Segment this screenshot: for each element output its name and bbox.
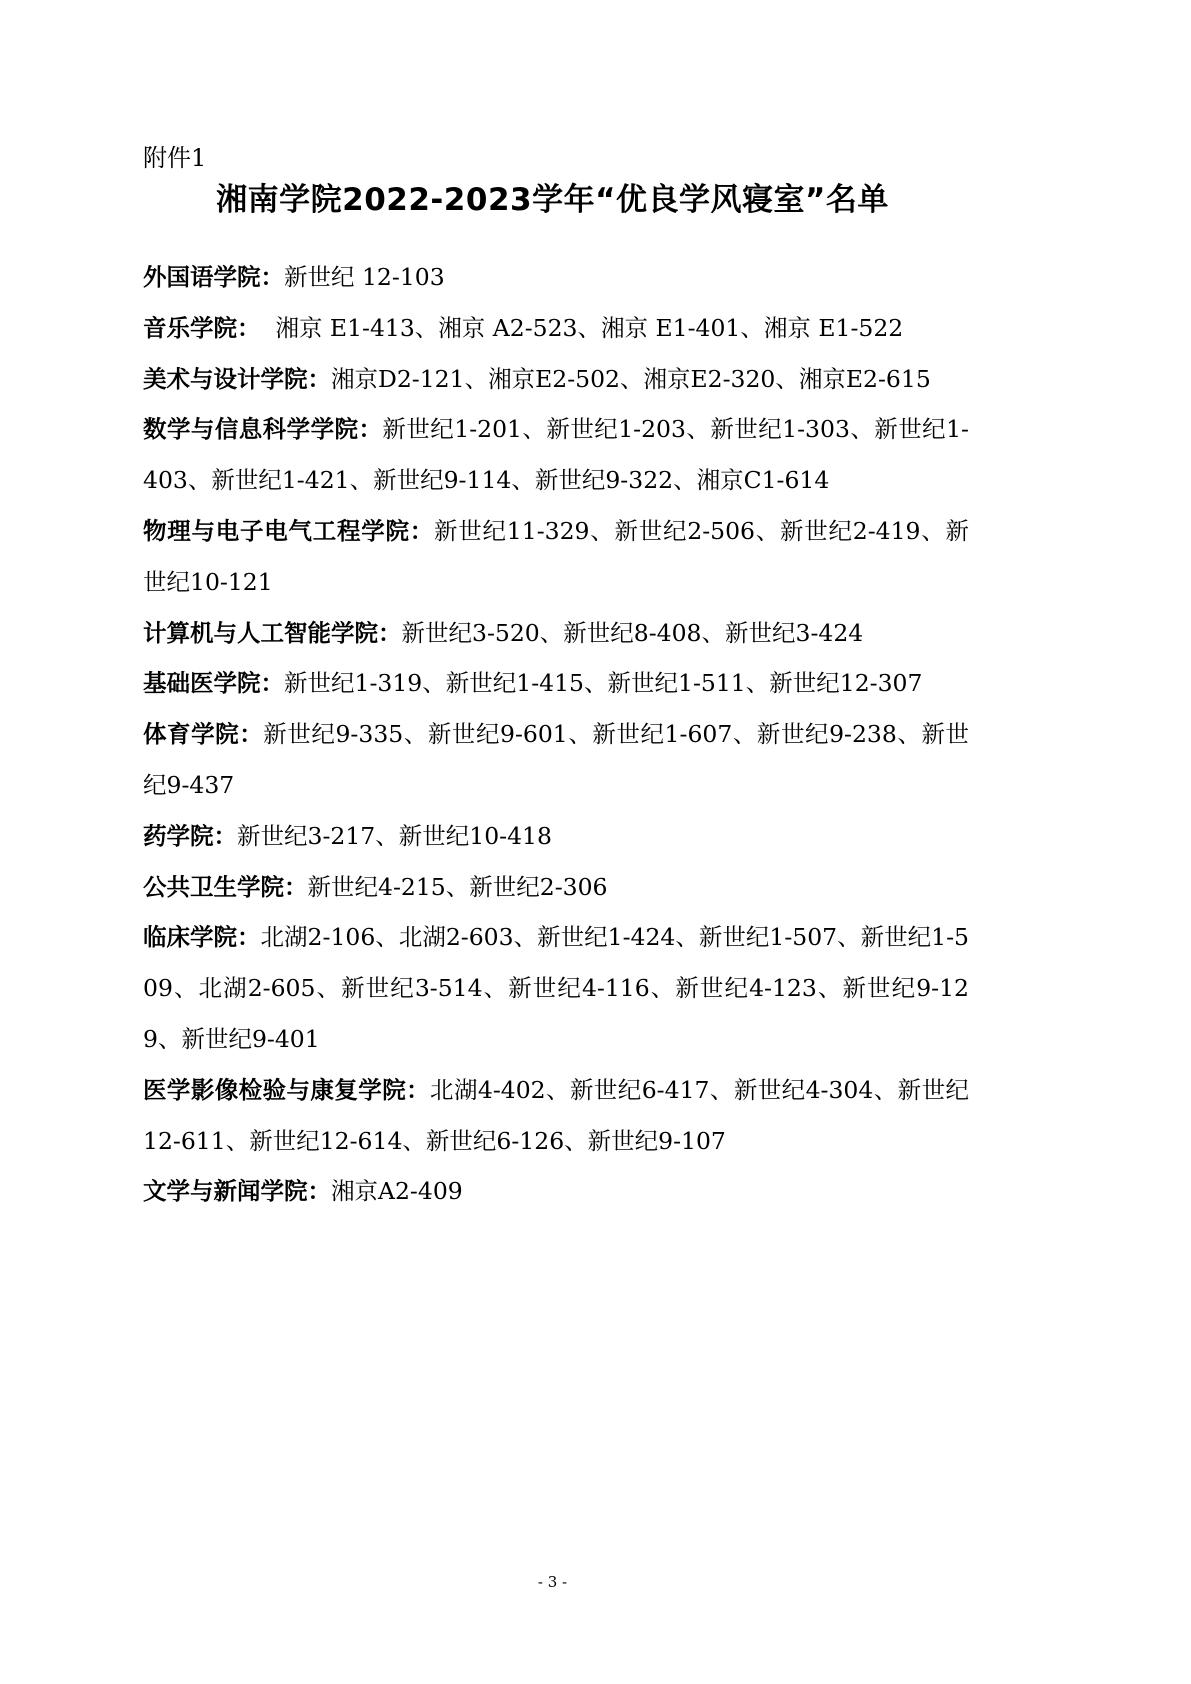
college-name: 公共卫生学院：	[143, 873, 308, 901]
dorm-rooms: 新世纪1-319、新世纪1-415、新世纪1-511、新世纪12-307	[284, 669, 922, 697]
list-entry-basic-medicine: 基础医学院：新世纪1-319、新世纪1-415、新世纪1-511、新世纪12-3…	[143, 658, 969, 709]
attachment-label: 附件1	[143, 143, 206, 173]
list-entry-art-design: 美术与设计学院：湘京D2-121、湘京E2-502、湘京E2-320、湘京E2-…	[143, 354, 969, 405]
dorm-rooms: 湘京A2-409	[331, 1177, 463, 1205]
list-entry-computer-ai: 计算机与人工智能学院：新世纪3-520、新世纪8-408、新世纪3-424	[143, 608, 969, 659]
college-name: 数学与信息科学学院：	[143, 415, 382, 443]
college-name: 文学与新闻学院：	[143, 1177, 331, 1205]
list-entry-literature-journalism: 文学与新闻学院：湘京A2-409	[143, 1166, 969, 1217]
dorm-rooms: 新世纪3-217、新世纪10-418	[237, 822, 552, 850]
list-entry-clinical: 临床学院：北湖2-106、北湖2-603、新世纪1-424、新世纪1-507、新…	[143, 912, 969, 1064]
college-name: 外国语学院：	[143, 263, 284, 291]
college-name: 医学影像检验与康复学院：	[143, 1076, 430, 1104]
list-entry-medical-imaging-rehab: 医学影像检验与康复学院：北湖4-402、新世纪6-417、新世纪4-304、新世…	[143, 1065, 969, 1167]
dorm-list: 外国语学院：新世纪 12-103 音乐学院： 湘京 E1-413、湘京 A2-5…	[143, 252, 969, 1217]
list-entry-math-info-science: 数学与信息科学学院：新世纪1-201、新世纪1-203、新世纪1-303、新世纪…	[143, 404, 969, 506]
college-name: 物理与电子电气工程学院：	[143, 517, 434, 545]
college-name: 临床学院：	[143, 923, 261, 951]
college-name: 药学院：	[143, 822, 237, 850]
list-entry-foreign-languages: 外国语学院：新世纪 12-103	[143, 252, 969, 303]
dorm-rooms: 新世纪 12-103	[284, 263, 445, 291]
dorm-rooms: 湘京 E1-413、湘京 A2-523、湘京 E1-401、湘京 E1-522	[261, 314, 904, 342]
dorm-rooms: 新世纪4-215、新世纪2-306	[308, 873, 608, 901]
document-title: 湘南学院2022-2023学年“优良学风寝室”名单	[0, 180, 1105, 220]
list-entry-pharmacy: 药学院：新世纪3-217、新世纪10-418	[143, 811, 969, 862]
college-name: 音乐学院：	[143, 314, 261, 342]
college-name: 基础医学院：	[143, 669, 284, 697]
list-entry-music: 音乐学院： 湘京 E1-413、湘京 A2-523、湘京 E1-401、湘京 E…	[143, 303, 969, 354]
document-page: 附件1 湘南学院2022-2023学年“优良学风寝室”名单 外国语学院：新世纪 …	[0, 0, 1191, 1684]
page-number: - 3 -	[0, 1572, 1105, 1592]
college-name: 美术与设计学院：	[143, 365, 331, 393]
list-entry-public-health: 公共卫生学院：新世纪4-215、新世纪2-306	[143, 862, 969, 913]
list-entry-physics-electronics: 物理与电子电气工程学院：新世纪11-329、新世纪2-506、新世纪2-419、…	[143, 506, 969, 608]
dorm-rooms: 北湖2-106、北湖2-603、新世纪1-424、新世纪1-507、新世纪1-5…	[143, 923, 969, 1053]
dorm-rooms: 新世纪9-335、新世纪9-601、新世纪1-607、新世纪9-238、新世纪9…	[143, 720, 969, 799]
dorm-rooms: 新世纪3-520、新世纪8-408、新世纪3-424	[402, 619, 864, 647]
college-name: 体育学院：	[143, 720, 263, 748]
college-name: 计算机与人工智能学院：	[143, 619, 402, 647]
dorm-rooms: 湘京D2-121、湘京E2-502、湘京E2-320、湘京E2-615	[331, 365, 931, 393]
list-entry-physical-education: 体育学院：新世纪9-335、新世纪9-601、新世纪1-607、新世纪9-238…	[143, 709, 969, 811]
